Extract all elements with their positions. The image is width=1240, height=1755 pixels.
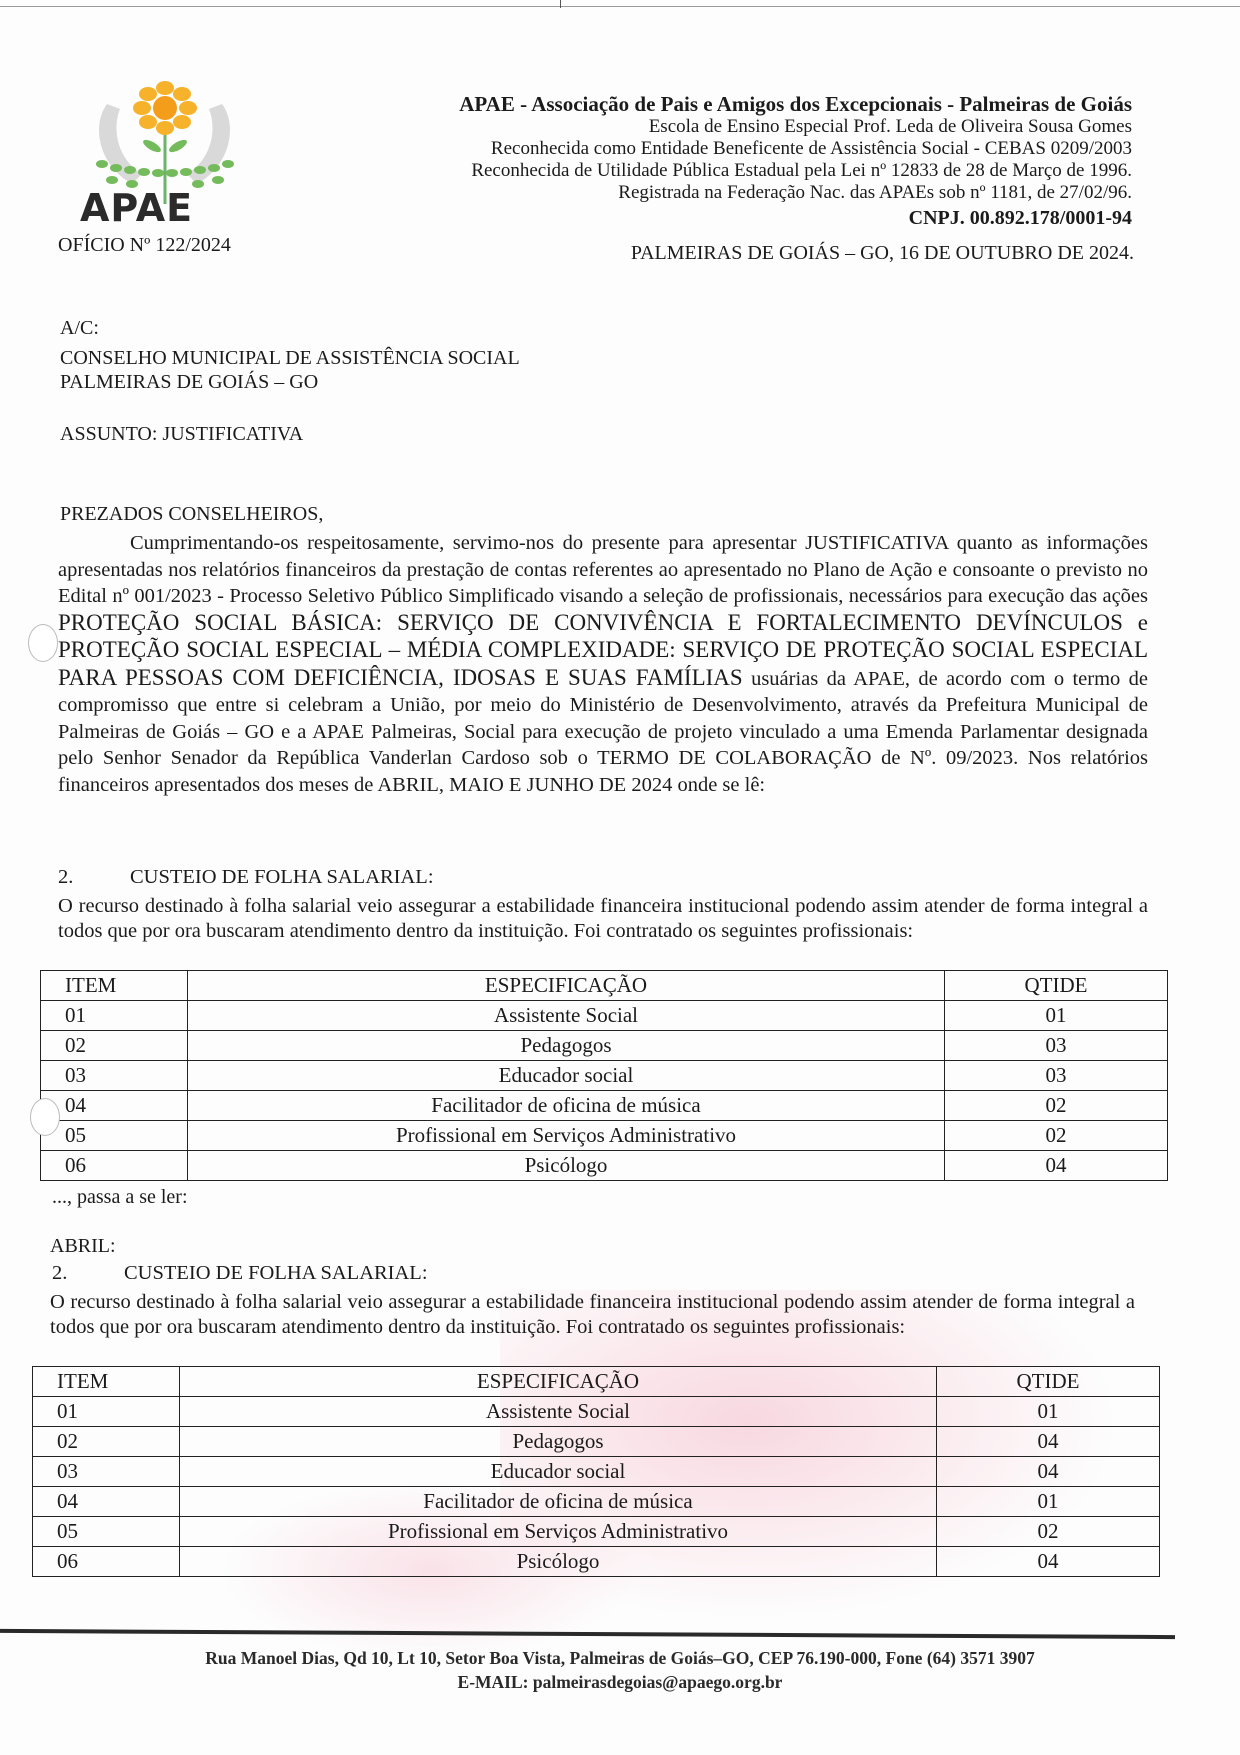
recipient-ac: A/C: bbox=[60, 316, 99, 340]
punch-hole bbox=[28, 624, 58, 662]
table-row: 02Pedagogos03 bbox=[41, 1031, 1168, 1061]
section-paragraph: O recurso destinado à folha salarial vei… bbox=[50, 1290, 1135, 1340]
oficio-number: OFÍCIO Nº 122/2024 bbox=[58, 234, 231, 257]
cell-qt: 03 bbox=[945, 1061, 1168, 1091]
table-row: 06Psicólogo04 bbox=[41, 1151, 1168, 1181]
cell-spec: Profissional em Serviços Administrativo bbox=[180, 1517, 937, 1547]
staff-table-abril: ITEMESPECIFICAÇÃOQTIDE01Assistente Socia… bbox=[32, 1366, 1160, 1577]
column-header-item: ITEM bbox=[41, 971, 188, 1001]
cnpj: CNPJ. 00.892.178/0001-94 bbox=[459, 207, 1132, 229]
cell-qt: 04 bbox=[937, 1457, 1160, 1487]
section-title: CUSTEIO DE FOLHA SALARIAL: bbox=[130, 866, 434, 888]
recipient-line2: PALMEIRAS DE GOIÁS – GO bbox=[60, 370, 318, 394]
footer-address: Rua Manoel Dias, Qd 10, Lt 10, Setor Boa… bbox=[0, 1648, 1240, 1669]
table-header-row: ITEMESPECIFICAÇÃOQTIDE bbox=[33, 1367, 1160, 1397]
cell-qt: 01 bbox=[937, 1397, 1160, 1427]
salutation: PREZADOS CONSELHEIROS, bbox=[60, 502, 323, 526]
table-row: 01Assistente Social01 bbox=[33, 1397, 1160, 1427]
cell-item: 01 bbox=[33, 1397, 180, 1427]
table-row: 01Assistente Social01 bbox=[41, 1001, 1168, 1031]
document-date: PALMEIRAS DE GOIÁS – GO, 16 DE OUTUBRO D… bbox=[631, 242, 1134, 265]
section-number: 2. bbox=[52, 1262, 124, 1285]
cell-item: 05 bbox=[33, 1517, 180, 1547]
cell-qt: 02 bbox=[945, 1091, 1168, 1121]
cell-spec: Assistente Social bbox=[188, 1001, 945, 1031]
cell-qt: 04 bbox=[937, 1427, 1160, 1457]
cell-spec: Facilitador de oficina de música bbox=[180, 1487, 937, 1517]
column-header-qt: QTIDE bbox=[945, 971, 1168, 1001]
letterhead-line: Escola de Ensino Especial Prof. Leda de … bbox=[459, 116, 1132, 138]
letterhead-line: Registrada na Federação Nac. das APAEs s… bbox=[459, 182, 1132, 204]
cell-item: 01 bbox=[41, 1001, 188, 1031]
table-row: 02Pedagogos04 bbox=[33, 1427, 1160, 1457]
cell-qt: 02 bbox=[937, 1517, 1160, 1547]
cell-qt: 01 bbox=[937, 1487, 1160, 1517]
column-header-spec: ESPECIFICAÇÃO bbox=[180, 1367, 937, 1397]
org-name: APAE - Associação de Pais e Amigos dos E… bbox=[459, 92, 1132, 116]
column-header-spec: ESPECIFICAÇÃO bbox=[188, 971, 945, 1001]
table-row: 03Educador social04 bbox=[33, 1457, 1160, 1487]
scan-edge-line bbox=[0, 6, 1240, 7]
cell-spec: Psicólogo bbox=[188, 1151, 945, 1181]
cell-spec: Pedagogos bbox=[188, 1031, 945, 1061]
cell-spec: Assistente Social bbox=[180, 1397, 937, 1427]
staff-table-original: ITEMESPECIFICAÇÃOQTIDE01Assistente Socia… bbox=[40, 970, 1168, 1181]
letterhead-line: Reconhecida de Utilidade Pública Estadua… bbox=[459, 160, 1132, 182]
cell-spec: Profissional em Serviços Administrativo bbox=[188, 1121, 945, 1151]
passa-a-se-ler: ..., passa a se ler: bbox=[52, 1186, 188, 1209]
section-heading: 2.CUSTEIO DE FOLHA SALARIAL: bbox=[52, 1262, 428, 1285]
cell-qt: 04 bbox=[937, 1547, 1160, 1577]
cell-spec: Educador social bbox=[180, 1457, 937, 1487]
column-header-item: ITEM bbox=[33, 1367, 180, 1397]
table-header-row: ITEMESPECIFICAÇÃOQTIDE bbox=[41, 971, 1168, 1001]
month-label: ABRIL: bbox=[50, 1234, 116, 1258]
letterhead: APAE - Associação de Pais e Amigos dos E… bbox=[459, 92, 1132, 229]
scan-mark bbox=[560, 0, 561, 8]
cell-spec: Psicólogo bbox=[180, 1547, 937, 1577]
cell-item: 02 bbox=[33, 1427, 180, 1457]
body-paragraph: Cumprimentando-os respeitosamente, servi… bbox=[58, 530, 1148, 798]
table-row: 06Psicólogo04 bbox=[33, 1547, 1160, 1577]
cell-item: 04 bbox=[33, 1487, 180, 1517]
cell-item: 06 bbox=[41, 1151, 188, 1181]
cell-spec: Educador social bbox=[188, 1061, 945, 1091]
cell-item: 04 bbox=[41, 1091, 188, 1121]
cell-qt: 02 bbox=[945, 1121, 1168, 1151]
cell-spec: Facilitador de oficina de música bbox=[188, 1091, 945, 1121]
logo-wordmark: APAE bbox=[80, 186, 193, 230]
cell-item: 02 bbox=[41, 1031, 188, 1061]
subject: ASSUNTO: JUSTIFICATIVA bbox=[60, 422, 303, 446]
footer-email: E-MAIL: palmeirasdegoias@apaego.org.br bbox=[0, 1672, 1240, 1693]
punch-hole bbox=[30, 1098, 60, 1136]
cell-qt: 04 bbox=[945, 1151, 1168, 1181]
table-row: 03Educador social03 bbox=[41, 1061, 1168, 1091]
section-title: CUSTEIO DE FOLHA SALARIAL: bbox=[124, 1262, 428, 1284]
cell-item: 06 bbox=[33, 1547, 180, 1577]
body-text: Cumprimentando-os respeitosamente, servi… bbox=[58, 532, 1148, 607]
column-header-qt: QTIDE bbox=[937, 1367, 1160, 1397]
table-row: 04Facilitador de oficina de música02 bbox=[41, 1091, 1168, 1121]
cell-qt: 03 bbox=[945, 1031, 1168, 1061]
cell-qt: 01 bbox=[945, 1001, 1168, 1031]
recipient-line1: CONSELHO MUNICIPAL DE ASSISTÊNCIA SOCIAL bbox=[60, 346, 520, 370]
letterhead-line: Reconhecida como Entidade Beneficente de… bbox=[459, 138, 1132, 160]
cell-spec: Pedagogos bbox=[180, 1427, 937, 1457]
table-row: 04Facilitador de oficina de música01 bbox=[33, 1487, 1160, 1517]
table-row: 05Profissional em Serviços Administrativ… bbox=[33, 1517, 1160, 1547]
cell-item: 03 bbox=[41, 1061, 188, 1091]
section-number: 2. bbox=[58, 866, 130, 889]
section-heading: 2.CUSTEIO DE FOLHA SALARIAL: bbox=[58, 866, 434, 889]
section-paragraph: O recurso destinado à folha salarial vei… bbox=[58, 894, 1148, 944]
cell-item: 05 bbox=[41, 1121, 188, 1151]
cell-item: 03 bbox=[33, 1457, 180, 1487]
table-row: 05Profissional em Serviços Administrativ… bbox=[41, 1121, 1168, 1151]
